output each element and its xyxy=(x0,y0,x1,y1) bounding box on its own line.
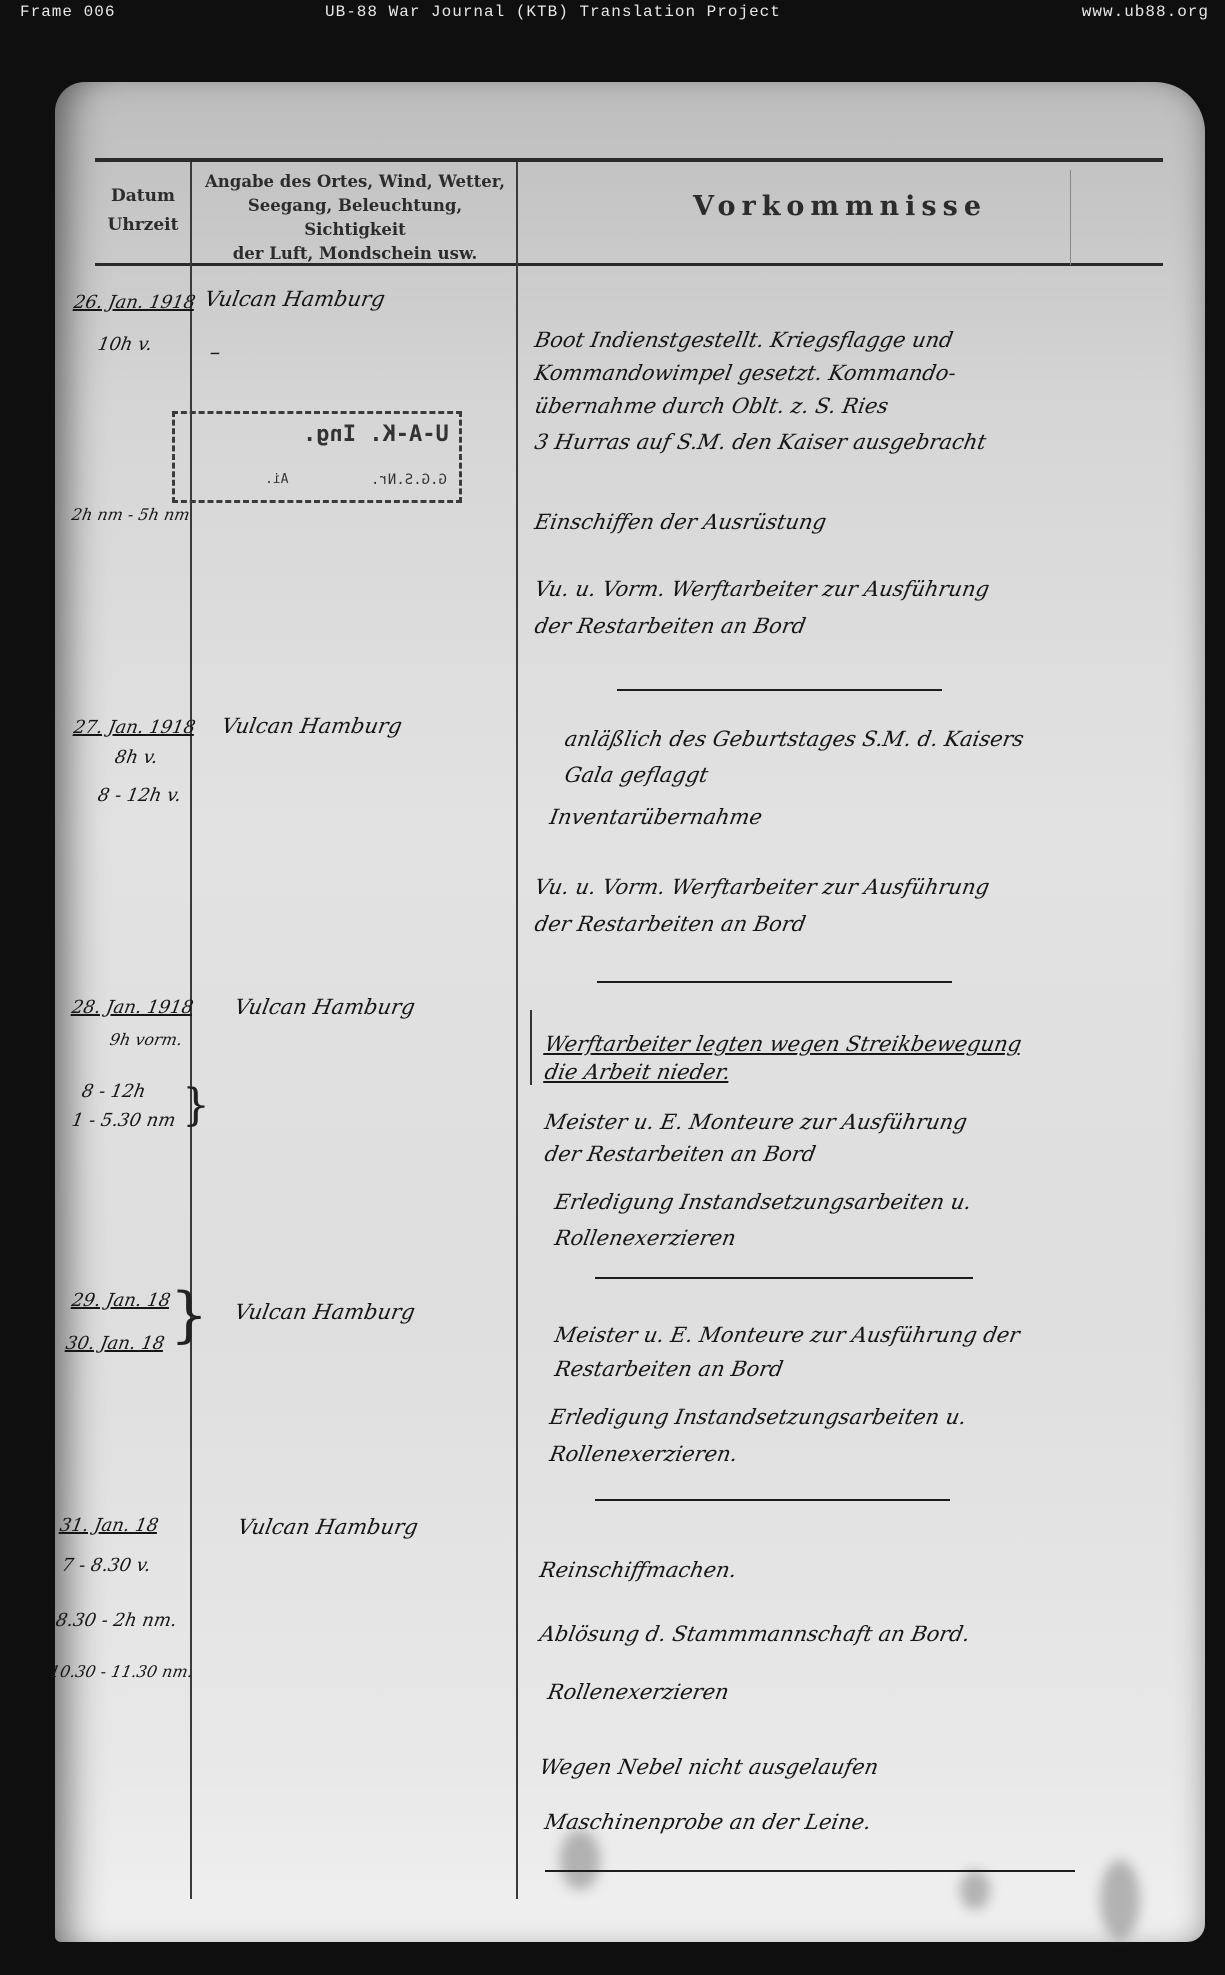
column-divider-2 xyxy=(516,162,518,1899)
ink-stain xyxy=(960,1870,990,1910)
time-brace: } xyxy=(182,1080,210,1131)
table-top-rule xyxy=(95,158,1163,162)
event-line: Ablösung d. Stammmannschaft an Bord. xyxy=(538,1622,972,1646)
entry-location: Vulcan Hamburg xyxy=(233,995,417,1019)
event-line: Restarbeiten an Bord xyxy=(553,1357,785,1381)
header-uhrzeit-label: Uhrzeit xyxy=(98,211,188,240)
archive-stamp: U-A-K. Ing. G.G.S.Nr. Ai. xyxy=(172,411,462,503)
header-datum-label: Datum xyxy=(98,182,188,211)
event-line-struck: Werftarbeiter legten wegen Streikbewegun… xyxy=(543,1032,1024,1056)
entry-separator xyxy=(597,981,952,983)
header-datum: Datum Uhrzeit xyxy=(98,182,188,240)
entry-location: Vulcan Hamburg xyxy=(233,1300,417,1324)
entry-date: 29. Jan. 18 xyxy=(70,1290,172,1311)
event-line-struck: die Arbeit nieder. xyxy=(543,1060,732,1084)
ink-stain xyxy=(1100,1860,1140,1940)
entry-separator xyxy=(595,1499,950,1501)
event-line: Maschinenprobe an der Leine. xyxy=(543,1810,873,1834)
event-line: Vu. u. Vorm. Werftarbeiter zur Ausführun… xyxy=(533,875,991,899)
header-location-line: Seegang, Beleuchtung, Sichtigkeit xyxy=(195,194,515,242)
frame-number: Frame 006 xyxy=(20,3,115,21)
entry-time: 2h nm - 5h nm xyxy=(70,505,191,524)
entry-time: 8.30 - 2h nm. xyxy=(54,1610,178,1631)
entry-time: 10.30 - 11.30 nm. xyxy=(48,1662,194,1681)
entry-date: 27. Jan. 1918 xyxy=(72,717,197,738)
entry-date: 30. Jan. 18 xyxy=(64,1333,166,1354)
event-line: Erledigung Instandsetzungsarbeiten u. xyxy=(548,1405,968,1429)
stamp-text: U-A-K. Ing. xyxy=(303,422,449,447)
entry-location: Vulcan Hamburg xyxy=(203,287,387,311)
header-events: Vorkommnisse xyxy=(640,192,1040,221)
event-line: Boot Indienstgestellt. Kriegsflagge und xyxy=(533,328,955,352)
stamp-text: Ai. xyxy=(265,472,288,487)
event-line: Inventarübernahme xyxy=(548,805,764,829)
entry-time: 7 - 8.30 v. xyxy=(60,1555,152,1576)
margin-mark xyxy=(530,1010,532,1085)
entry-date: 28. Jan. 1918 xyxy=(70,997,195,1018)
header-location-line: der Luft, Mondschein usw. xyxy=(195,242,515,266)
event-line: der Restarbeiten an Bord xyxy=(543,1142,818,1166)
entry-time: 8 - 12h v. xyxy=(96,785,183,806)
viewer-header: Frame 006 UB-88 War Journal (KTB) Transl… xyxy=(0,0,1225,28)
ink-stain xyxy=(560,1830,600,1890)
entry-date: 26. Jan. 1918 xyxy=(72,292,197,313)
entry-time: 1 - 5.30 nm xyxy=(70,1110,177,1131)
event-line: Meister u. E. Monteure zur Ausführung xyxy=(543,1110,969,1134)
event-line: Rollenexerzieren xyxy=(546,1680,731,1704)
event-line: der Restarbeiten an Bord xyxy=(533,614,808,638)
entry-location: Vulcan Hamburg xyxy=(220,714,404,738)
event-line: Gala geflaggt xyxy=(563,763,710,787)
event-line: 3 Hurras auf S.M. den Kaiser ausgebracht xyxy=(533,430,988,454)
entry-separator xyxy=(545,1870,1075,1872)
entry-separator xyxy=(595,1277,973,1279)
event-line: Rollenexerzieren. xyxy=(548,1442,740,1466)
header-location: Angabe des Ortes, Wind, Wetter, Seegang,… xyxy=(195,170,515,266)
entry-separator xyxy=(617,689,942,691)
event-line: Vu. u. Vorm. Werftarbeiter zur Ausführun… xyxy=(533,577,991,601)
event-line: übernahme durch Oblt. z. S. Ries xyxy=(533,394,891,418)
event-line: Wegen Nebel nicht ausgelaufen xyxy=(538,1755,880,1779)
entry-time: 8h v. xyxy=(113,747,159,768)
entry-time: 8 - 12h xyxy=(80,1081,147,1102)
event-line: Rollenexerzieren xyxy=(553,1226,738,1250)
entry-time: 9h vorm. xyxy=(108,1030,184,1049)
event-line: Kommandowimpel gesetzt. Kommando- xyxy=(533,361,958,385)
event-line: der Restarbeiten an Bord xyxy=(533,912,808,936)
entry-date: 31. Jan. 18 xyxy=(58,1515,160,1536)
event-line: anläßlich des Geburtstages S.M. d. Kaise… xyxy=(563,727,1026,751)
site-url[interactable]: www.ub88.org xyxy=(1082,3,1209,21)
event-line: Einschiffen der Ausrüstung xyxy=(533,510,828,534)
entry-location: Vulcan Hamburg xyxy=(236,1515,420,1539)
entry-time: 10h v. xyxy=(96,334,154,355)
event-line: Meister u. E. Monteure zur Ausführung de… xyxy=(553,1323,1022,1347)
stamp-text: G.G.S.Nr. xyxy=(371,472,447,488)
faint-column-divider xyxy=(1070,170,1071,265)
header-location-line: Angabe des Ortes, Wind, Wetter, xyxy=(195,170,515,194)
event-line: Reinschiffmachen. xyxy=(538,1558,739,1582)
event-line: Erledigung Instandsetzungsarbeiten u. xyxy=(553,1190,973,1214)
project-title: UB-88 War Journal (KTB) Translation Proj… xyxy=(325,3,781,21)
date-brace: } xyxy=(170,1280,208,1350)
